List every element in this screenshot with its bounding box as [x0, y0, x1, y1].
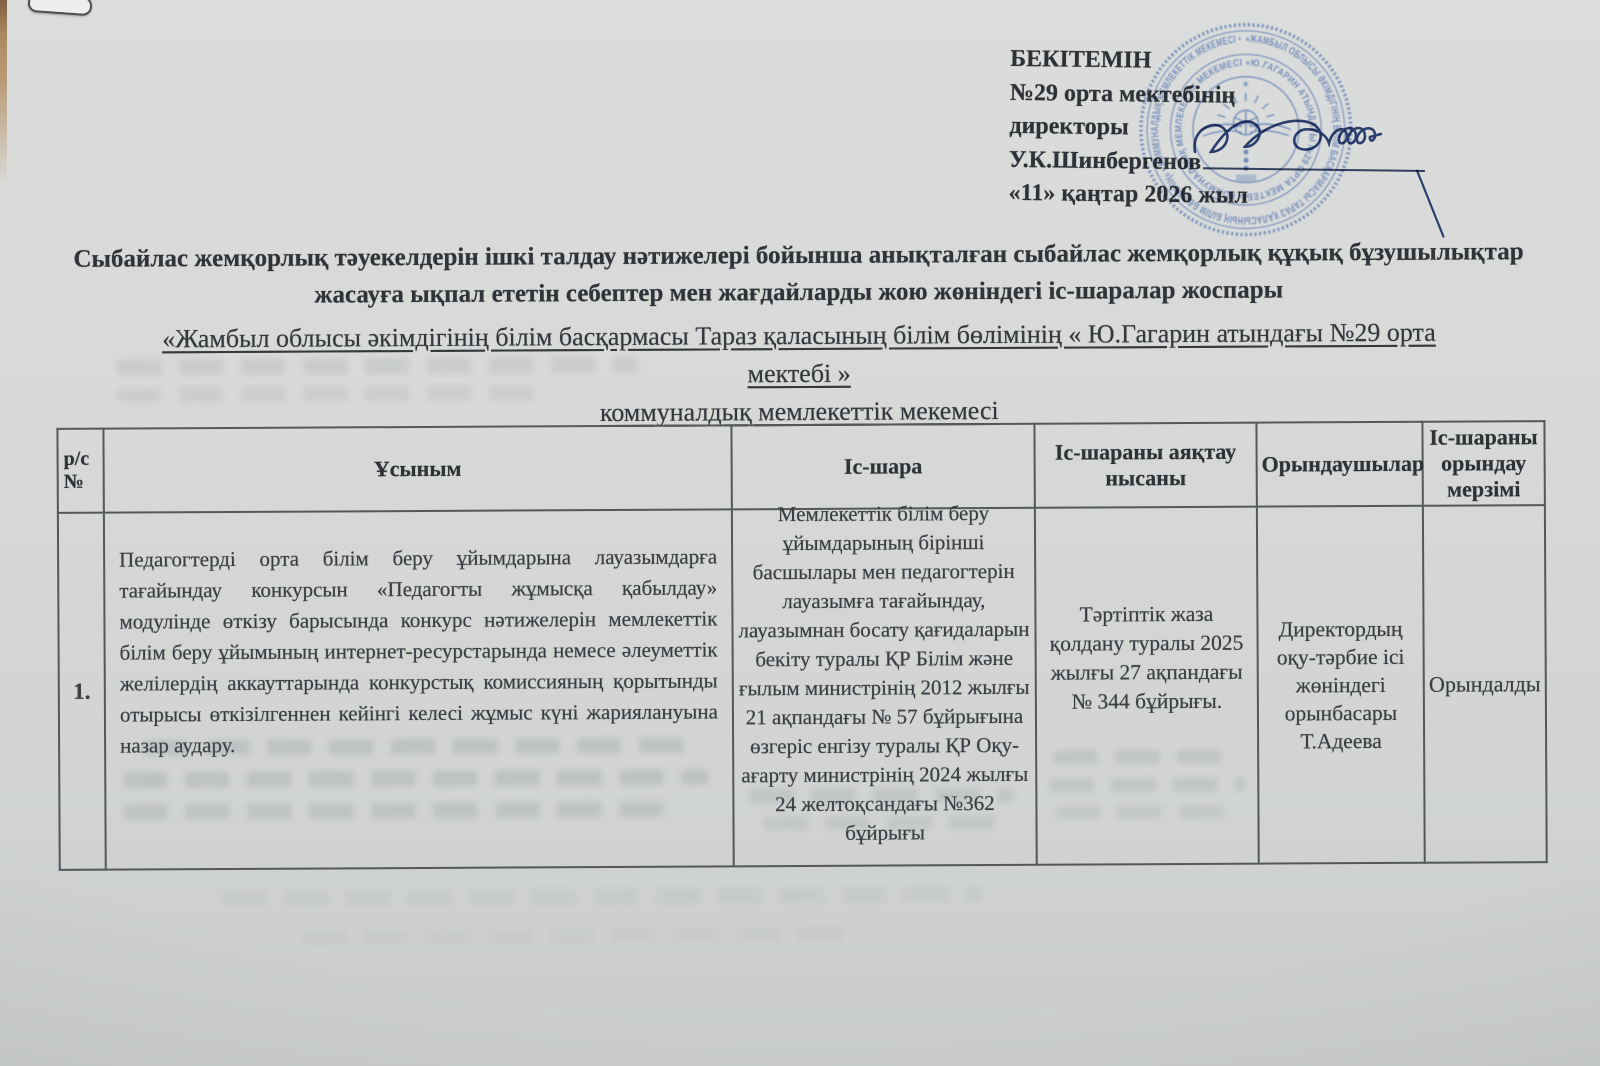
- cell-recommendation: Педагогтерді орта білім беру ұйымдарына …: [104, 509, 734, 869]
- stray-pen-stroke: [1417, 171, 1443, 237]
- bleedthrough-artifact: [302, 928, 862, 944]
- svg-text:✶: ✶: [1241, 80, 1250, 91]
- cell-status: Орындалды: [1423, 505, 1547, 863]
- col-header-executors: Орындаушылар: [1256, 422, 1422, 507]
- table-row: 1. Педагогтерді орта білім беру ұйымдары…: [58, 505, 1547, 870]
- document-page: БЕКІТЕМІН №29 орта мектебінің директоры …: [0, 0, 1600, 1066]
- document-title: Сыбайлас жемқорлық тәуекелдерін ішкі тал…: [68, 233, 1528, 315]
- director-signature: [1181, 101, 1452, 242]
- col-header-deadline: Іс-шараны орындау мерзімі: [1422, 421, 1544, 506]
- cell-action: Мемлекеттік білім беру ұйымдарының бірін…: [732, 508, 1037, 867]
- subtitle-line-1: «Жамбыл облысы әкімдігінің білім басқарм…: [69, 313, 1529, 359]
- cell-completion-form: Тәртіптік жаза қолдану туралы 2025 жылғы…: [1035, 507, 1259, 865]
- col-header-action: Іс-шара: [731, 424, 1034, 510]
- photo-edge-desk-surface: [0, 0, 7, 188]
- col-header-recommendation: Ұсыным: [103, 425, 731, 512]
- cell-executors: Директордың оқу-тәрбие ісі жөніндегі оры…: [1257, 506, 1425, 864]
- scanned-document-photo: БЕКІТЕМІН №29 орта мектебінің директоры …: [0, 0, 1600, 1066]
- signature-stroke: [1194, 120, 1381, 152]
- action-plan-table: р/с № Ұсыным Іс-шара Іс-шараны аяқтау ны…: [56, 420, 1547, 871]
- document-subtitle: «Жамбыл облысы әкімдігінің білім басқарм…: [69, 313, 1530, 435]
- col-header-completion-form: Іс-шараны аяқтау нысаны: [1034, 423, 1256, 508]
- bleedthrough-artifact: [222, 887, 982, 906]
- cell-row-number: 1.: [58, 513, 106, 870]
- col-header-row-number: р/с №: [57, 429, 103, 513]
